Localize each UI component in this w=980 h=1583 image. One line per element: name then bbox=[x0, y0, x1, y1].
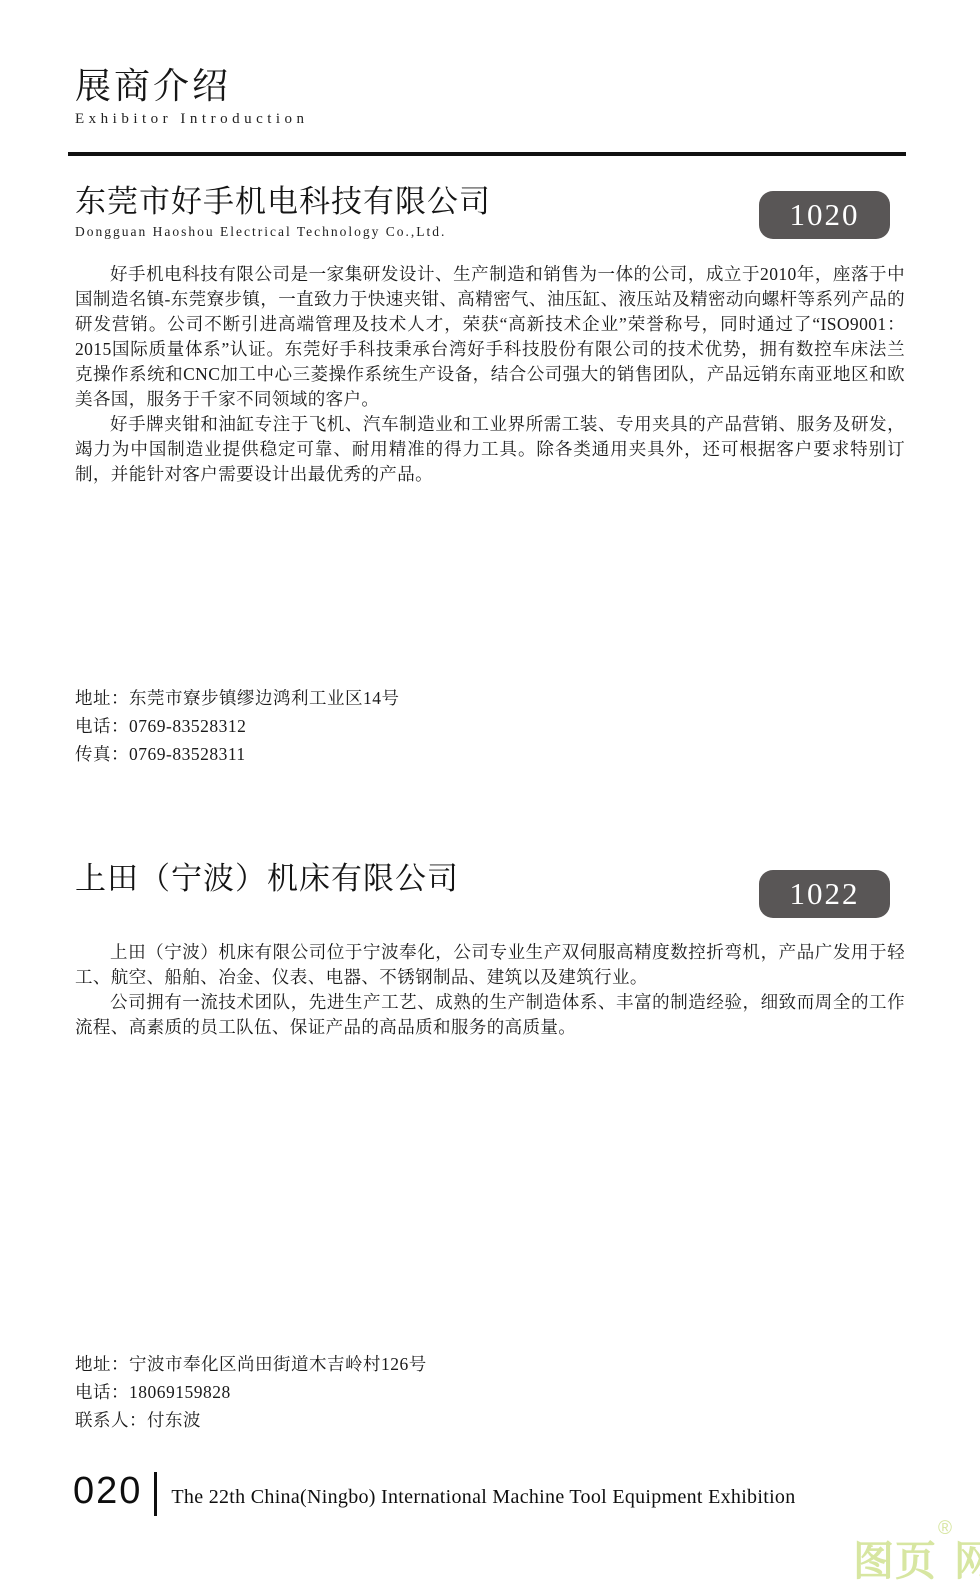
contact-label: 地址： bbox=[75, 688, 129, 708]
page-number: 020 bbox=[73, 1473, 142, 1509]
company-1-description: 好手机电科技有限公司是一家集研发设计、生产制造和销售为一体的公司，成立于2010… bbox=[75, 262, 905, 487]
company-paragraph: 好手牌夹钳和油缸专注于飞机、汽车制造业和工业界所需工装、专用夹具的产品营销、服务… bbox=[75, 412, 905, 487]
registered-trademark-icon: ® bbox=[938, 1518, 953, 1540]
contact-address-line: 地址：宁波市奉化区尚田街道木吉岭村126号 bbox=[75, 1350, 775, 1378]
contact-phone-line: 电话：18069159828 bbox=[75, 1378, 775, 1406]
company-1-contact: 地址：东莞市寮步镇缪边鸿利工业区14号 电话：0769-83528312 传真：… bbox=[75, 684, 775, 768]
watermark-text-right: 网 bbox=[954, 1538, 980, 1583]
catalog-page: 展商介绍 Exhibitor Introduction 东莞市好手机电科技有限公… bbox=[0, 0, 980, 1583]
contact-value: 0769-83528312 bbox=[129, 716, 246, 736]
page-subtitle: Exhibitor Introduction bbox=[75, 111, 905, 128]
booth-number-badge: 1022 bbox=[759, 870, 890, 918]
company-2-header: 上田（宁波）机床有限公司 1022 bbox=[75, 860, 905, 898]
contact-fax-line: 传真：0769-83528311 bbox=[75, 740, 775, 768]
exhibition-title: The 22th China(Ningbo) International Mac… bbox=[171, 1486, 795, 1508]
company-paragraph: 好手机电科技有限公司是一家集研发设计、生产制造和销售为一体的公司，成立于2010… bbox=[75, 262, 905, 412]
page-footer: 020 The 22th China(Ningbo) International… bbox=[73, 1472, 796, 1509]
company-1-header: 东莞市好手机电科技有限公司 Dongguan Haoshou Electrica… bbox=[75, 183, 905, 240]
page-header: 展商介绍 Exhibitor Introduction bbox=[75, 66, 905, 128]
contact-value: 付东波 bbox=[147, 1410, 201, 1430]
company-2-description: 上田（宁波）机床有限公司位于宁波奉化，公司专业生产双伺服高精度数控折弯机，产品广… bbox=[75, 940, 905, 1040]
watermark-logo: 图页®网 bbox=[853, 1528, 980, 1583]
company-paragraph: 公司拥有一流技术团队，先进生产工艺、成熟的生产制造体系、丰富的制造经验，细致而周… bbox=[75, 990, 905, 1040]
booth-number-badge: 1020 bbox=[759, 191, 890, 239]
company-2-contact: 地址：宁波市奉化区尚田街道木吉岭村126号 电话：18069159828 联系人… bbox=[75, 1350, 775, 1434]
contact-label: 地址： bbox=[75, 1354, 129, 1374]
contact-value: 0769-83528311 bbox=[129, 744, 246, 764]
company-paragraph: 上田（宁波）机床有限公司位于宁波奉化，公司专业生产双伺服高精度数控折弯机，产品广… bbox=[75, 940, 905, 990]
contact-label: 联系人： bbox=[75, 1410, 147, 1430]
contact-address-line: 地址：东莞市寮步镇缪边鸿利工业区14号 bbox=[75, 684, 775, 712]
footer-divider bbox=[154, 1472, 157, 1516]
contact-value: 东莞市寮步镇缪边鸿利工业区14号 bbox=[129, 688, 400, 708]
contact-label: 电话： bbox=[75, 1382, 129, 1402]
contact-label: 传真： bbox=[75, 744, 129, 764]
contact-person-line: 联系人：付东波 bbox=[75, 1406, 775, 1434]
contact-value: 18069159828 bbox=[129, 1382, 231, 1402]
header-rule-divider bbox=[68, 152, 906, 156]
page-title: 展商介绍 bbox=[75, 66, 905, 107]
contact-phone-line: 电话：0769-83528312 bbox=[75, 712, 775, 740]
watermark-text-left: 图页 bbox=[853, 1538, 937, 1583]
contact-label: 电话： bbox=[75, 716, 129, 736]
contact-value: 宁波市奉化区尚田街道木吉岭村126号 bbox=[129, 1354, 427, 1374]
